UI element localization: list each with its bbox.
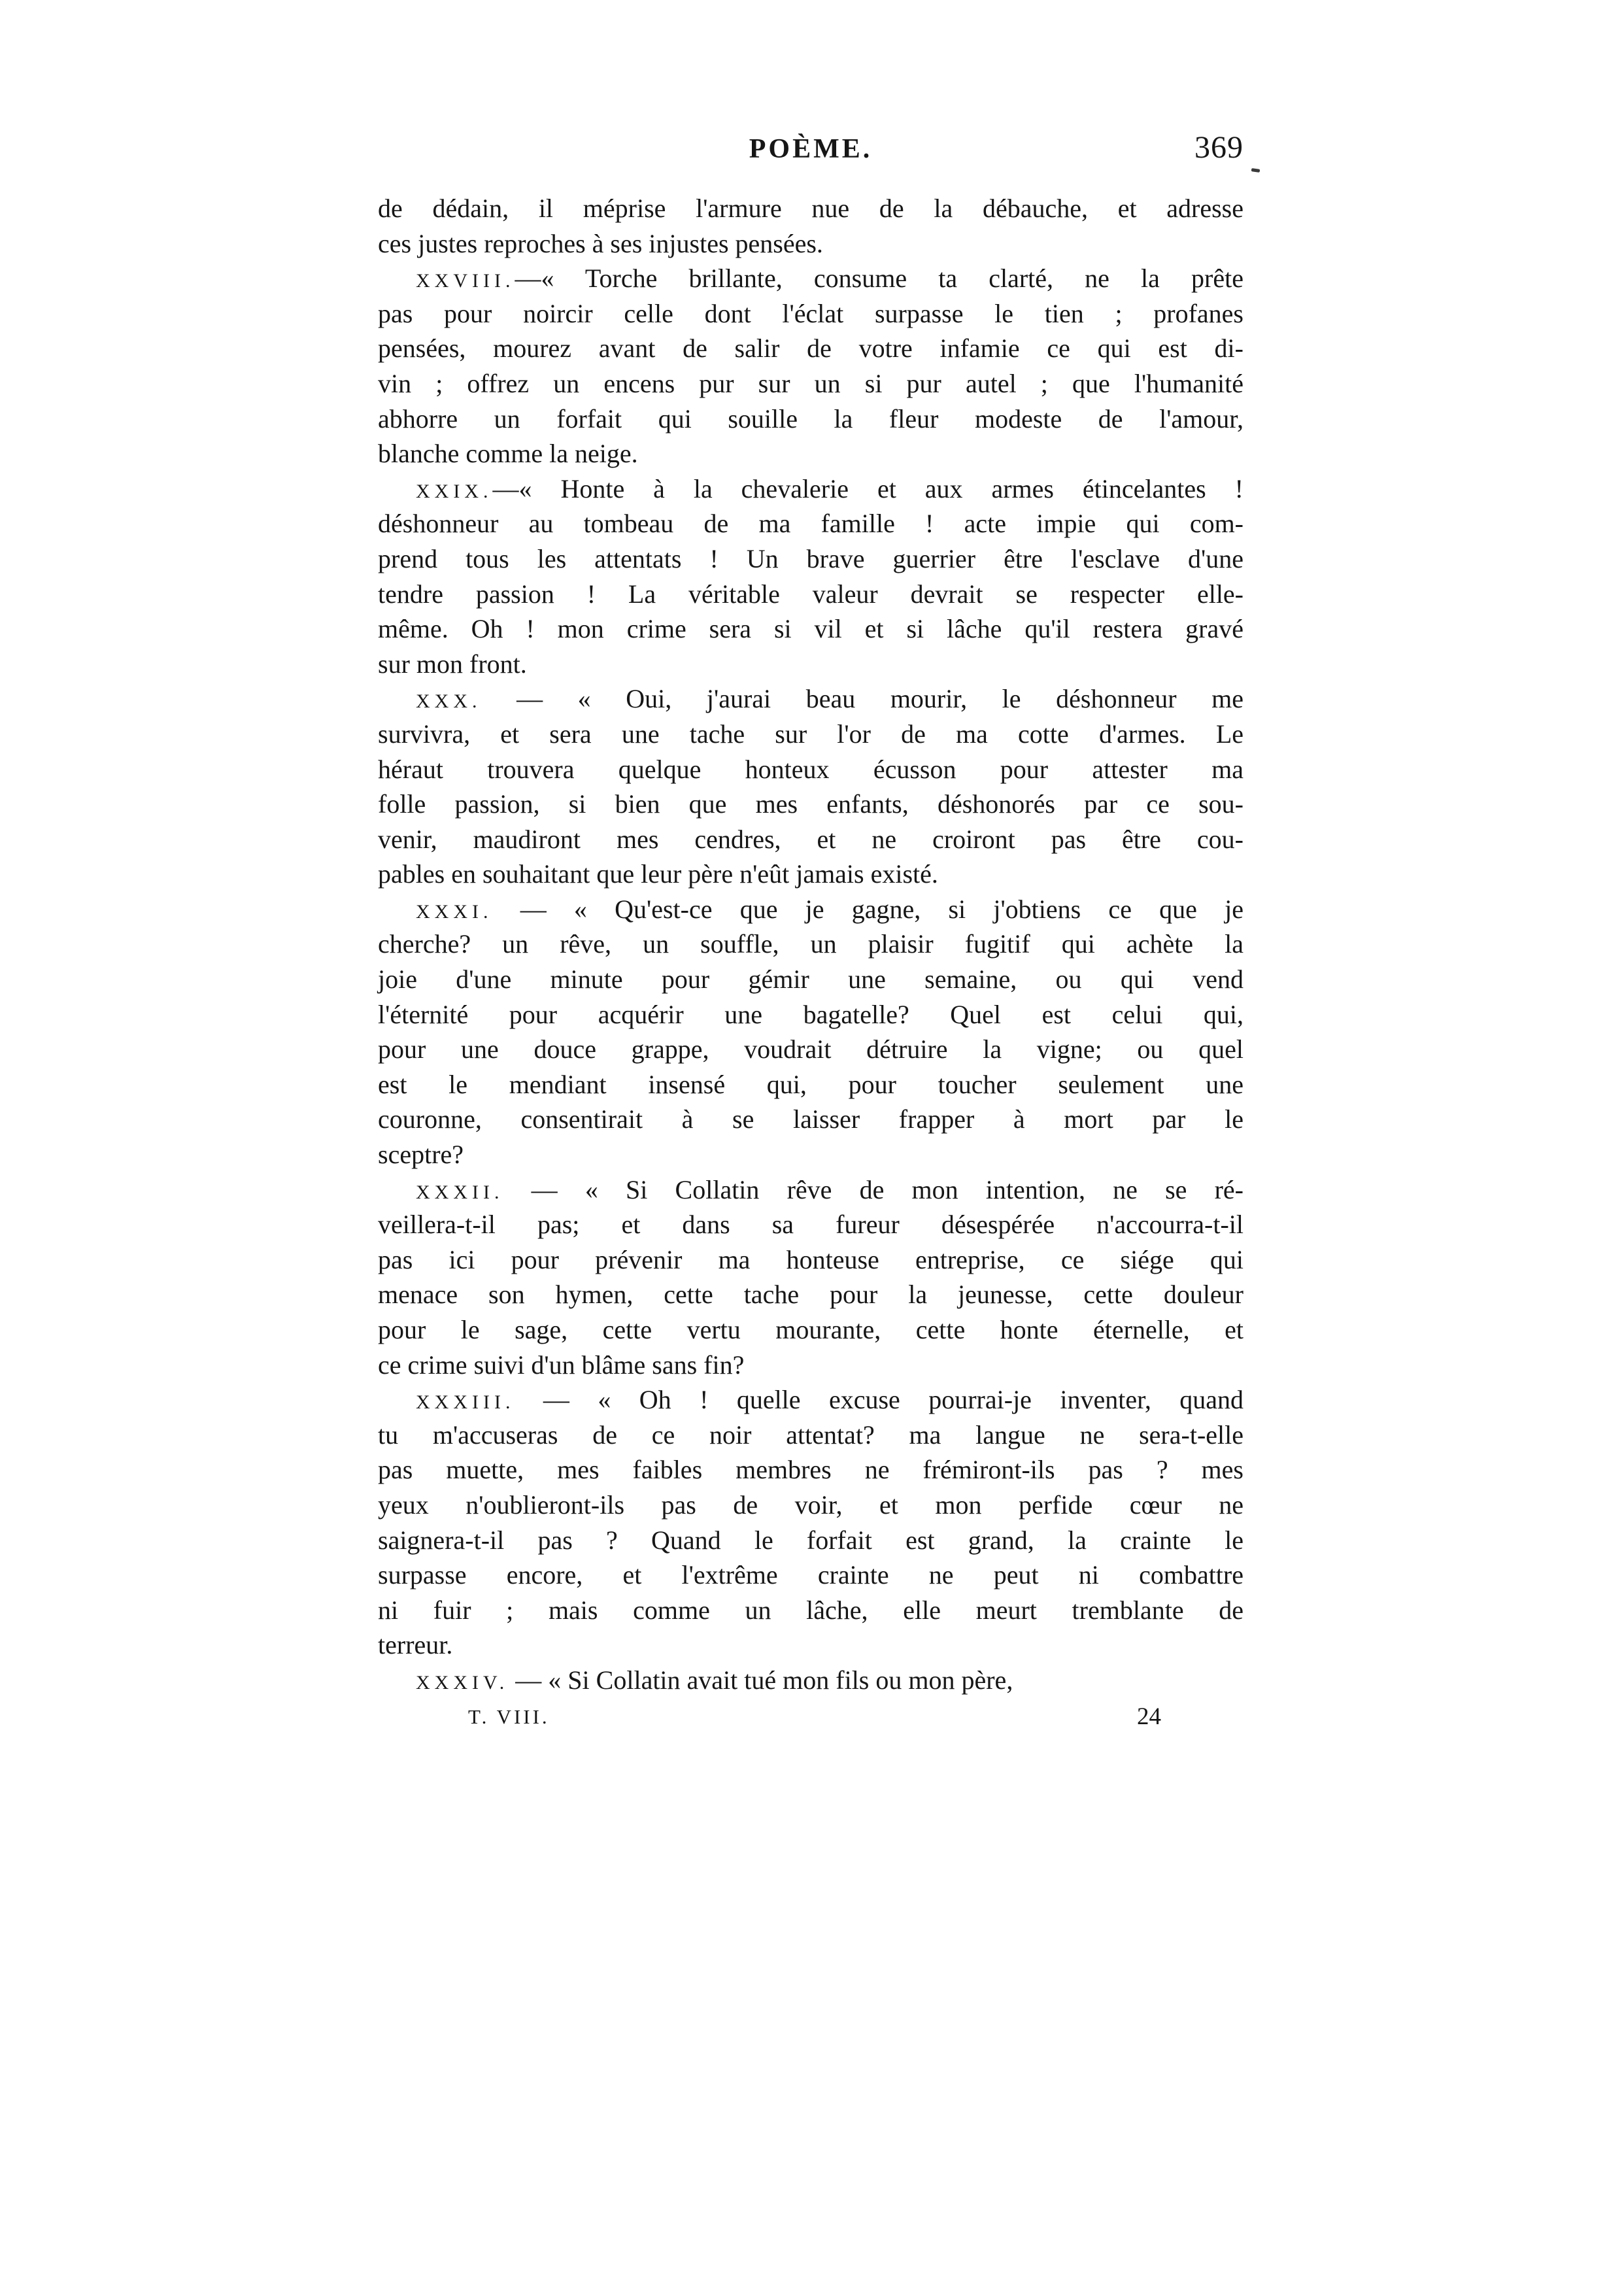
scan-artifact xyxy=(1251,168,1260,173)
stanza-number: XXVIII. xyxy=(416,270,515,292)
poem-line: héraut trouvera quelque honteux écusson … xyxy=(378,752,1243,787)
poem-line: est le mendiant insensé qui, pour touche… xyxy=(378,1067,1243,1102)
page-footer: T. VIII. 24 xyxy=(378,1703,1243,1733)
poem-line: déshonneur au tombeau de ma famille ! ac… xyxy=(378,506,1243,541)
poem-line: surpasse encore, et l'extrême crainte ne… xyxy=(378,1557,1243,1593)
poem-line: menace son hymen, cette tache pour la je… xyxy=(378,1277,1243,1312)
poem-line: venir, maudiront mes cendres, et ne croi… xyxy=(378,822,1243,857)
poem-line: l'éternité pour acquérir une bagatelle? … xyxy=(378,997,1243,1032)
poem-line: XXXIII. — « Oh ! quelle excuse pourrai-j… xyxy=(378,1382,1243,1418)
poem-line: folle passion, si bien que mes enfants, … xyxy=(378,787,1243,822)
poem-line: pables en souhaitant que leur père n'eût… xyxy=(378,857,1243,892)
poem-line: même. Oh ! mon crime sera si vil et si l… xyxy=(378,611,1243,647)
poem-line: blanche comme la neige. xyxy=(378,436,1243,471)
poem-line: terreur. xyxy=(378,1627,1243,1663)
poem-line: XXX. — « Oui, j'aurai beau mourir, le dé… xyxy=(378,681,1243,717)
poem-line: de dédain, il méprise l'armure nue de la… xyxy=(378,191,1243,226)
poem-line: tu m'accuseras de ce noir attentat? ma l… xyxy=(378,1418,1243,1453)
poem-line: pas pour noircir celle dont l'éclat surp… xyxy=(378,296,1243,331)
signature-number: 24 xyxy=(378,1703,1161,1731)
poem-line: pensées, mourez avant de salir de votre … xyxy=(378,331,1243,366)
poem-line: XXXII. — « Si Collatin rêve de mon inten… xyxy=(378,1172,1243,1208)
poem-line: sceptre? xyxy=(378,1137,1243,1172)
stanza-number: XXXI. xyxy=(416,901,493,923)
poem-line: ce crime suivi d'un blâme sans fin? xyxy=(378,1348,1243,1383)
running-head: POÈME. 369 xyxy=(378,133,1243,166)
poem-line: pour une douce grappe, voudrait détruire… xyxy=(378,1032,1243,1067)
poem-line: vin ; offrez un encens pur sur un si pur… xyxy=(378,366,1243,401)
stanza-number: XXIX. xyxy=(416,481,493,502)
book-page: POÈME. 369 de dédain, il méprise l'armur… xyxy=(0,0,1624,2295)
poem-line: sur mon front. xyxy=(378,647,1243,682)
poem-line: ni fuir ; mais comme un lâche, elle meur… xyxy=(378,1593,1243,1628)
poem-line: XXXI. — « Qu'est-ce que je gagne, si j'o… xyxy=(378,892,1243,927)
page-title: POÈME. xyxy=(378,133,1243,165)
poem-line: XXXIV. — « Si Collatin avait tué mon fil… xyxy=(378,1663,1243,1698)
stanza-number: XXXIII. xyxy=(416,1391,515,1413)
poem-line: cherche? un rêve, un souffle, un plaisir… xyxy=(378,926,1243,962)
poem-line: pour le sage, cette vertu mourante, cett… xyxy=(378,1312,1243,1348)
poem-line: couronne, consentirait à se laisser frap… xyxy=(378,1102,1243,1137)
poem-line: abhorre un forfait qui souille la fleur … xyxy=(378,401,1243,437)
stanza-number: XXX. xyxy=(416,690,482,712)
poem-line: pas muette, mes faibles membres ne frémi… xyxy=(378,1452,1243,1487)
poem-line: XXVIII.—« Torche brillante, consume ta c… xyxy=(378,261,1243,296)
poem-body: de dédain, il méprise l'armure nue de la… xyxy=(378,191,1243,1698)
poem-line: XXIX.—« Honte à la chevalerie et aux arm… xyxy=(378,471,1243,507)
poem-line: pas ici pour prévenir ma honteuse entrep… xyxy=(378,1242,1243,1278)
poem-line: joie d'une minute pour gémir une semaine… xyxy=(378,962,1243,997)
poem-line: tendre passion ! La véritable valeur dev… xyxy=(378,577,1243,612)
stanza-number: XXXII. xyxy=(416,1181,503,1203)
poem-line: yeux n'oublieront-ils pas de voir, et mo… xyxy=(378,1487,1243,1523)
poem-line: prend tous les attentats ! Un brave guer… xyxy=(378,541,1243,577)
stanza-number: XXXIV. xyxy=(416,1672,509,1693)
poem-line: veillera-t-il pas; et dans sa fureur dés… xyxy=(378,1207,1243,1242)
poem-line: saignera-t-il pas ? Quand le forfait est… xyxy=(378,1523,1243,1558)
page-number: 369 xyxy=(1194,129,1243,165)
poem-line: survivra, et sera une tache sur l'or de … xyxy=(378,717,1243,752)
poem-line: ces justes reproches à ses injustes pens… xyxy=(378,226,1243,262)
